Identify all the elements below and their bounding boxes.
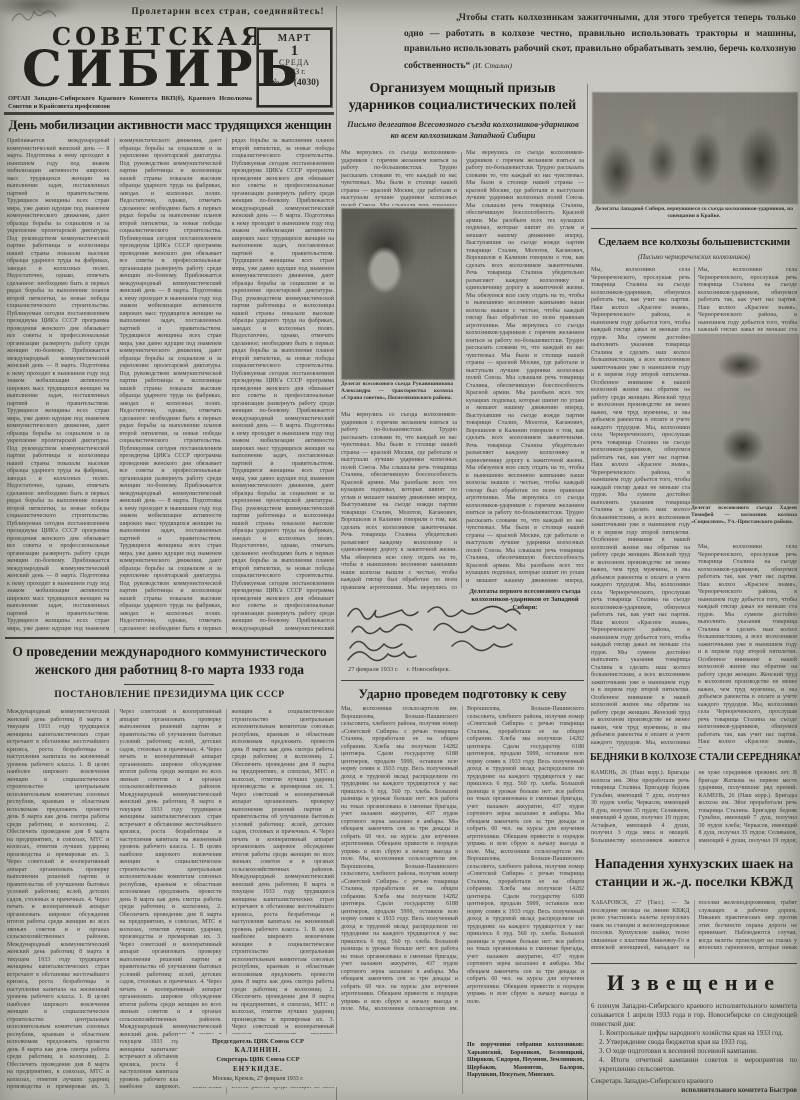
headline-campaign: Организуем мощный призыв ударников социа… xyxy=(341,80,584,114)
group-photo xyxy=(592,92,798,204)
quote-text: „Чтобы стать колхозникам зажиточными, дл… xyxy=(404,13,796,71)
woman-photo-caption: Делегат всесоюзного съезда Рукавишникова… xyxy=(341,381,453,401)
headline-bednyaki: БЕДНЯКИ В КОЛХОЗЕ СТАЛИ СЕРЕДНЯКАМИ xyxy=(590,752,798,763)
masthead-organ-line: ОРГАН Западно-Сибирского Краевого Комите… xyxy=(8,95,252,111)
headline-women-day: День мобилизации активности масс трудящи… xyxy=(5,117,335,133)
date-year: 1933 г. xyxy=(259,67,330,76)
date-box: МАРТ 1 СРЕДА 1933 г. № 47 (4030) xyxy=(257,28,332,107)
decree-sig-title-2: Секретарь ЦИК Союза ССР xyxy=(180,1055,336,1065)
left-section-divider xyxy=(5,637,334,639)
man-photo-caption: Делегат всесоюзного съезда Хадеев Тимофе… xyxy=(691,505,797,525)
bolshevik-subhead: (Письмо чернореченских колхозников) xyxy=(590,253,798,261)
right-divider-2 xyxy=(591,963,797,964)
date-day: 1 xyxy=(259,44,330,58)
date-weekday: СРЕДА xyxy=(259,58,330,67)
scan-smudge-top-right xyxy=(690,0,800,8)
headline-sowing: Ударно проведем подготовку к севу xyxy=(341,686,584,702)
right-divider-1 xyxy=(591,228,797,229)
sowing-body: Мы, колхозники сельхозартели им. Ворошил… xyxy=(341,706,584,1094)
izveshchenie-item-4: 4. Итоги отчетной кампании советов и мер… xyxy=(591,1056,797,1074)
decree-headline-rule xyxy=(124,684,214,685)
newspaper-page: Пролетарии всех стран, соединяйтесь! СОВ… xyxy=(0,0,800,1100)
decree-sig-name-2: ЕНУКИДЗЕ. xyxy=(180,1065,336,1074)
quote-attribution: (И. Сталин) xyxy=(473,61,512,70)
bolshevik-col-right-top: Мы, колхозники села Чернореченского, про… xyxy=(698,267,797,331)
divider-left-mid xyxy=(336,6,337,1100)
izveshchenie-item-2: 2. Утверждение свода бюджетов края на 19… xyxy=(591,1038,797,1047)
izveshchenie-body: 6 пленум Западно-Сибирского краевого исп… xyxy=(591,1002,797,1095)
campaign-col-left-top: Мы вернулись со съезда колхозников-ударн… xyxy=(341,150,457,206)
campaign-col-right: Мы вернулись со съезда колхозников-ударн… xyxy=(466,150,584,585)
photo-grain xyxy=(593,93,797,203)
decree-sig-name-1: КАЛИНИН. xyxy=(180,1046,336,1055)
decree-sig-title-1: Председатель ЦИК Союза ССР xyxy=(180,1037,336,1046)
divider-mid-right xyxy=(587,84,588,1100)
photo-grain xyxy=(342,209,454,379)
bolshevik-col-right-bottom: Мы, колхозники села Чернореченского, про… xyxy=(698,544,797,748)
izveshchenie-item-3: 3. О ходе подготовки к весенней посевной… xyxy=(591,1047,797,1056)
izveshchenie-intro: 6 пленум Западно-Сибирского краевого исп… xyxy=(591,1002,797,1029)
campaign-subhead: Письмо делегатов Всесоюзного съезда колх… xyxy=(344,119,582,141)
group-photo-caption: Делегаты Западной Сибири, вернувшиеся со… xyxy=(592,206,796,220)
masthead-rule xyxy=(4,112,334,115)
decree-sig-place-date: Москва, Кремль, 27 февраля 1933 г. xyxy=(180,1074,336,1084)
headline-bolshevik: Сделаем все колхозы большевистскими xyxy=(590,236,798,248)
man-portrait-photo xyxy=(691,334,799,504)
campaign-date-line: 27 февраля 1933 г. г. Новосибирск. xyxy=(348,666,548,673)
sowing-names-block: По поручению собрания колхозников: Харья… xyxy=(467,1040,584,1080)
women-day-body: Приближается международный коммунистичес… xyxy=(7,138,334,633)
izveshchenie-sig-2: исполнительного комитета Быстров xyxy=(591,1086,797,1095)
handwritten-signatures xyxy=(342,600,580,664)
bolshevik-column-rule xyxy=(694,267,695,331)
headline-decree: О проведении международного коммунистиче… xyxy=(4,643,335,679)
kvzhd-body: ХАБАРОВСК, 27 (Тасс). — За последние мес… xyxy=(591,900,797,958)
stalin-quote: „Чтобы стать колхозникам зажиточными, дл… xyxy=(404,11,796,74)
izveshchenie-item-1: 1. Контрольные цифры народного хозяйства… xyxy=(591,1029,797,1038)
headline-kvzhd: Нападения хунхузских шаек на станции и ж… xyxy=(590,856,798,892)
issue-number: № 47 (4030) xyxy=(259,78,330,88)
campaign-col-left-bottom: Мы вернулись со съезда колхозников-ударн… xyxy=(341,412,457,592)
bolshevik-col-left: Мы, колхозники села Чернореченского, про… xyxy=(591,267,690,748)
masthead-slogan: Пролетарии всех стран, соединяйтесь! xyxy=(95,6,361,16)
campaign-divider xyxy=(341,680,584,681)
photo-grain xyxy=(692,335,798,503)
izveshchenie-sig-1: Секретарь Западно-Сибирского краевого xyxy=(591,1077,797,1086)
bednyaki-body: КАМЕНЬ, 26 (Наш корр.). Бригады колхоза … xyxy=(591,770,797,850)
woman-portrait-photo xyxy=(341,208,455,380)
headline-izveshchenie: Извещение xyxy=(590,970,798,996)
decree-subhead: ПОСТАНОВЛЕНИЕ ПРЕЗИДИУМА ЦИК СССР xyxy=(4,690,335,700)
decree-signature-block: Председатель ЦИК Союза ССР КАЛИНИН. Секр… xyxy=(178,1034,338,1087)
campaign-column-rule xyxy=(461,152,462,588)
